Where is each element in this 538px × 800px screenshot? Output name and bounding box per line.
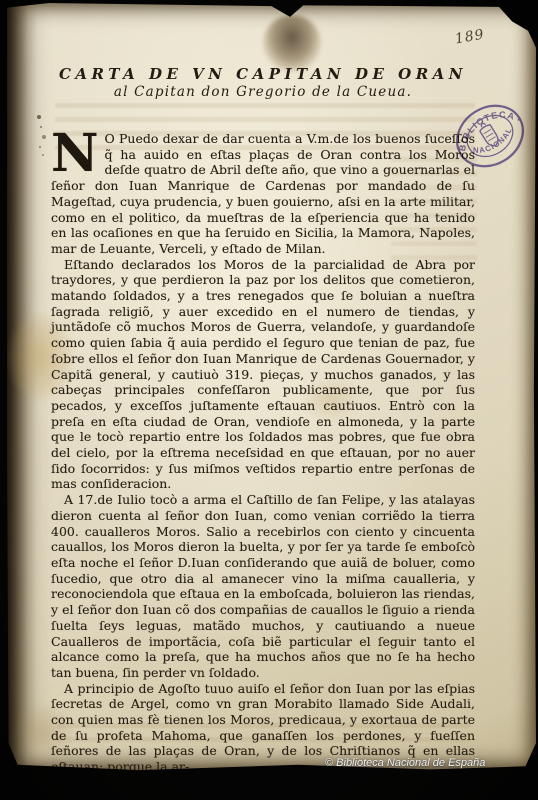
ink-stain [263, 15, 321, 71]
binding-gutter-shadow [7, 3, 37, 774]
paragraph-3: A 17.de Iulio tocò a arma el Caſtillo de… [51, 492, 475, 680]
manuscript-page: 189 CARTA DE VN CAPITAN DE ORAN al Capit… [7, 3, 536, 774]
paragraph-2: Eſtando declarados los Moros de la parci… [51, 257, 475, 493]
catchword: tilleria [51, 775, 475, 791]
title-block: CARTA DE VN CAPITAN DE ORAN al Capitan d… [51, 65, 475, 100]
document-title: CARTA DE VN CAPITAN DE ORAN [51, 65, 475, 83]
margin-ink-marks [37, 115, 41, 119]
body-text: NO Puedo dexar de dar cuenta a V.m.de lo… [51, 131, 475, 791]
document-subtitle: al Capitan don Gregorio de la Cueua. [51, 84, 475, 100]
copyright-watermark: © Biblioteca Nacional de España [325, 757, 535, 769]
paragraph-1-text: O Puedo dexar de dar cuenta a V.m.de los… [51, 131, 475, 256]
drop-cap: N [51, 131, 105, 175]
folio-number: 189 [454, 27, 486, 48]
paragraph-1: NO Puedo dexar de dar cuenta a V.m.de lo… [51, 131, 475, 257]
scan-background: 189 CARTA DE VN CAPITAN DE ORAN al Capit… [0, 0, 538, 800]
